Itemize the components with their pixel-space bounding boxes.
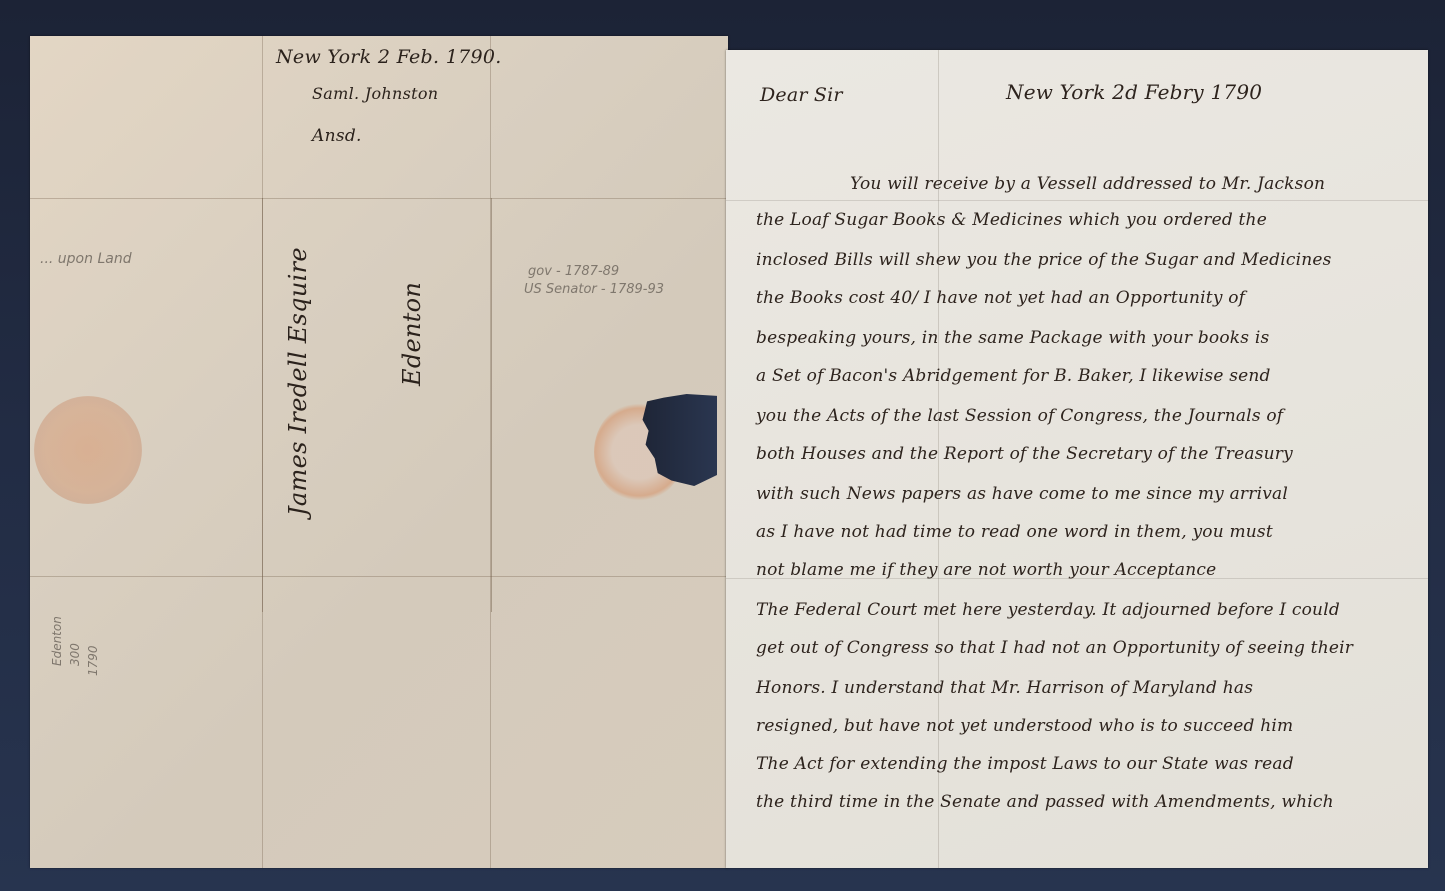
letter-line: get out of Congress so that I had not an… bbox=[756, 638, 1353, 658]
letter-line: the third time in the Senate and passed … bbox=[756, 792, 1334, 812]
pencil-note-corner-3: 1790 bbox=[86, 645, 100, 676]
letter-line: both Houses and the Report of the Secret… bbox=[756, 444, 1293, 464]
letter-line: You will receive by a Vessell addressed … bbox=[850, 174, 1325, 194]
letter-dateline: New York 2d Febry 1790 bbox=[1006, 80, 1262, 104]
docket-answered: Ansd. bbox=[312, 126, 362, 146]
fold-line bbox=[726, 200, 1428, 201]
letter-line: with such News papers as have come to me… bbox=[756, 484, 1288, 504]
docket-sender: Saml. Johnston bbox=[312, 84, 438, 103]
pencil-note-left: ... upon Land bbox=[40, 251, 132, 267]
pencil-note-corner-2: 300 bbox=[68, 643, 82, 666]
wax-seal-stain bbox=[34, 396, 142, 504]
letter-salutation: Dear Sir bbox=[760, 84, 843, 106]
pencil-note-governor: gov - 1787-89 bbox=[528, 264, 619, 279]
letter-line: a Set of Bacon's Abridgement for B. Bake… bbox=[756, 366, 1271, 386]
letter-line: bespeaking yours, in the same Package wi… bbox=[756, 328, 1269, 348]
address-city: Edenton bbox=[398, 282, 426, 386]
letter-line: the Books cost 40/ I have not yet had an… bbox=[756, 288, 1245, 308]
letter-line: not blame me if they are not worth your … bbox=[756, 560, 1216, 580]
letter-line: the Loaf Sugar Books & Medicines which y… bbox=[756, 210, 1267, 230]
letter-line: The Act for extending the impost Laws to… bbox=[756, 754, 1294, 774]
address-recipient: James Iredell Esquire bbox=[284, 247, 312, 516]
docket-date: New York 2 Feb. 1790. bbox=[276, 46, 502, 68]
letter-line: as I have not had time to read one word … bbox=[756, 522, 1273, 542]
letter-line: you the Acts of the last Session of Cong… bbox=[756, 406, 1283, 426]
pencil-note-senator: US Senator - 1789-93 bbox=[524, 282, 664, 297]
letter-line: resigned, but have not yet understood wh… bbox=[756, 716, 1293, 736]
pencil-note-corner-1: Edenton bbox=[50, 616, 64, 666]
letter-line: The Federal Court met here yesterday. It… bbox=[756, 600, 1340, 620]
letter-line: inclosed Bills will shew you the price o… bbox=[756, 250, 1332, 270]
letter-line: Honors. I understand that Mr. Harrison o… bbox=[756, 678, 1253, 698]
